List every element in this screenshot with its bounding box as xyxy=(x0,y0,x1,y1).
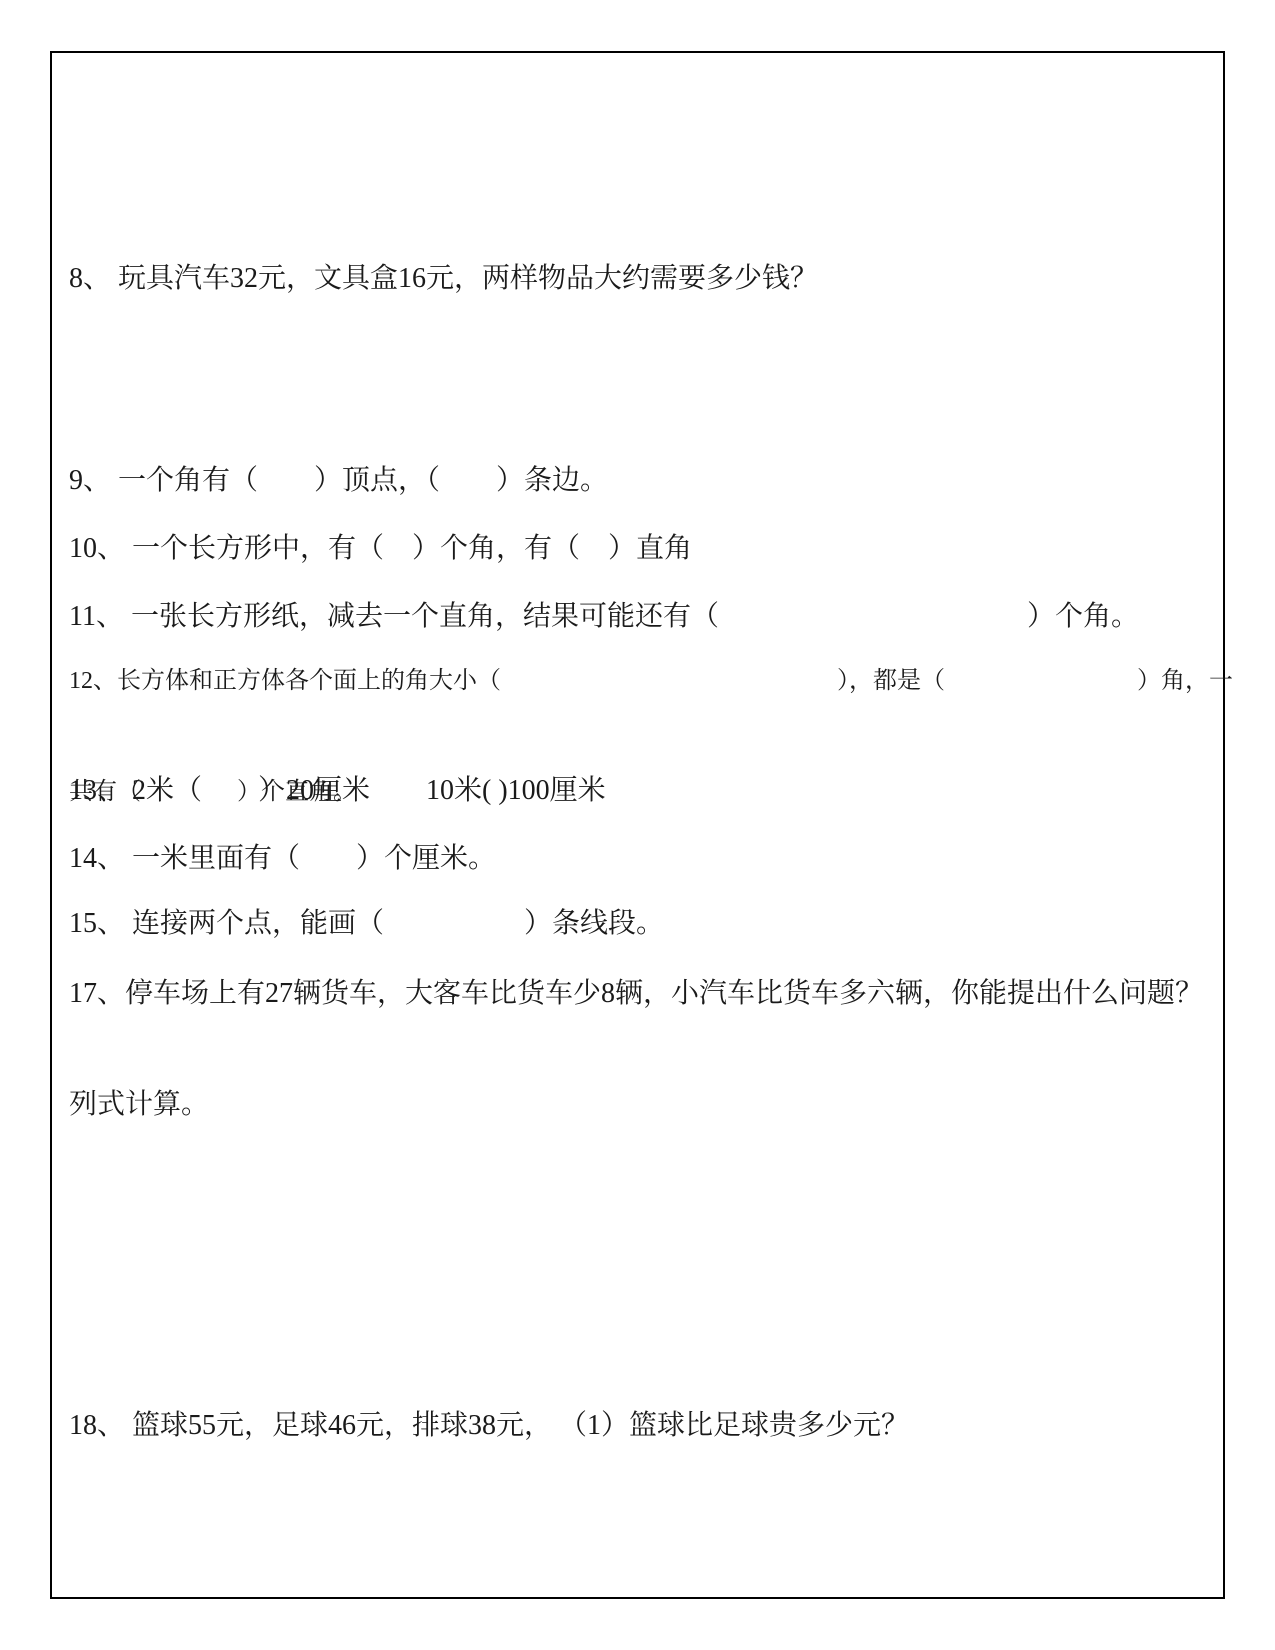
question-line: 12、长方体和正方体各个面上的角大小（ ），都是（ ）角，一 xyxy=(69,663,1233,700)
worksheet-page-border: 8、 玩具汽车32元，文具盒16元，两样物品大约需要多少钱？ 9、 一个角有（ … xyxy=(50,51,1225,1599)
question-line: 列式计算。 xyxy=(69,1086,1203,1123)
question-line: 8、 玩具汽车32元，文具盒16元，两样物品大约需要多少钱？ xyxy=(69,260,818,297)
question-line: 18、 篮球55元，足球46元，排球38元， （1）篮球比足球贵多少元？ xyxy=(69,1407,909,1444)
question-8: 8、 玩具汽车32元，文具盒16元，两样物品大约需要多少钱？ xyxy=(69,186,818,371)
question-line: 17、停车场上有27辆货车，大客车比货车少8辆，小汽车比货车多六辆，你能提出什么… xyxy=(69,975,1203,1012)
question-17: 17、停车场上有27辆货车，大客车比货车少8辆，小汽车比货车多六辆，你能提出什么… xyxy=(69,901,1203,1197)
question-18: 18、 篮球55元，足球46元，排球38元， （1）篮球比足球贵多少元？ xyxy=(69,1333,909,1518)
